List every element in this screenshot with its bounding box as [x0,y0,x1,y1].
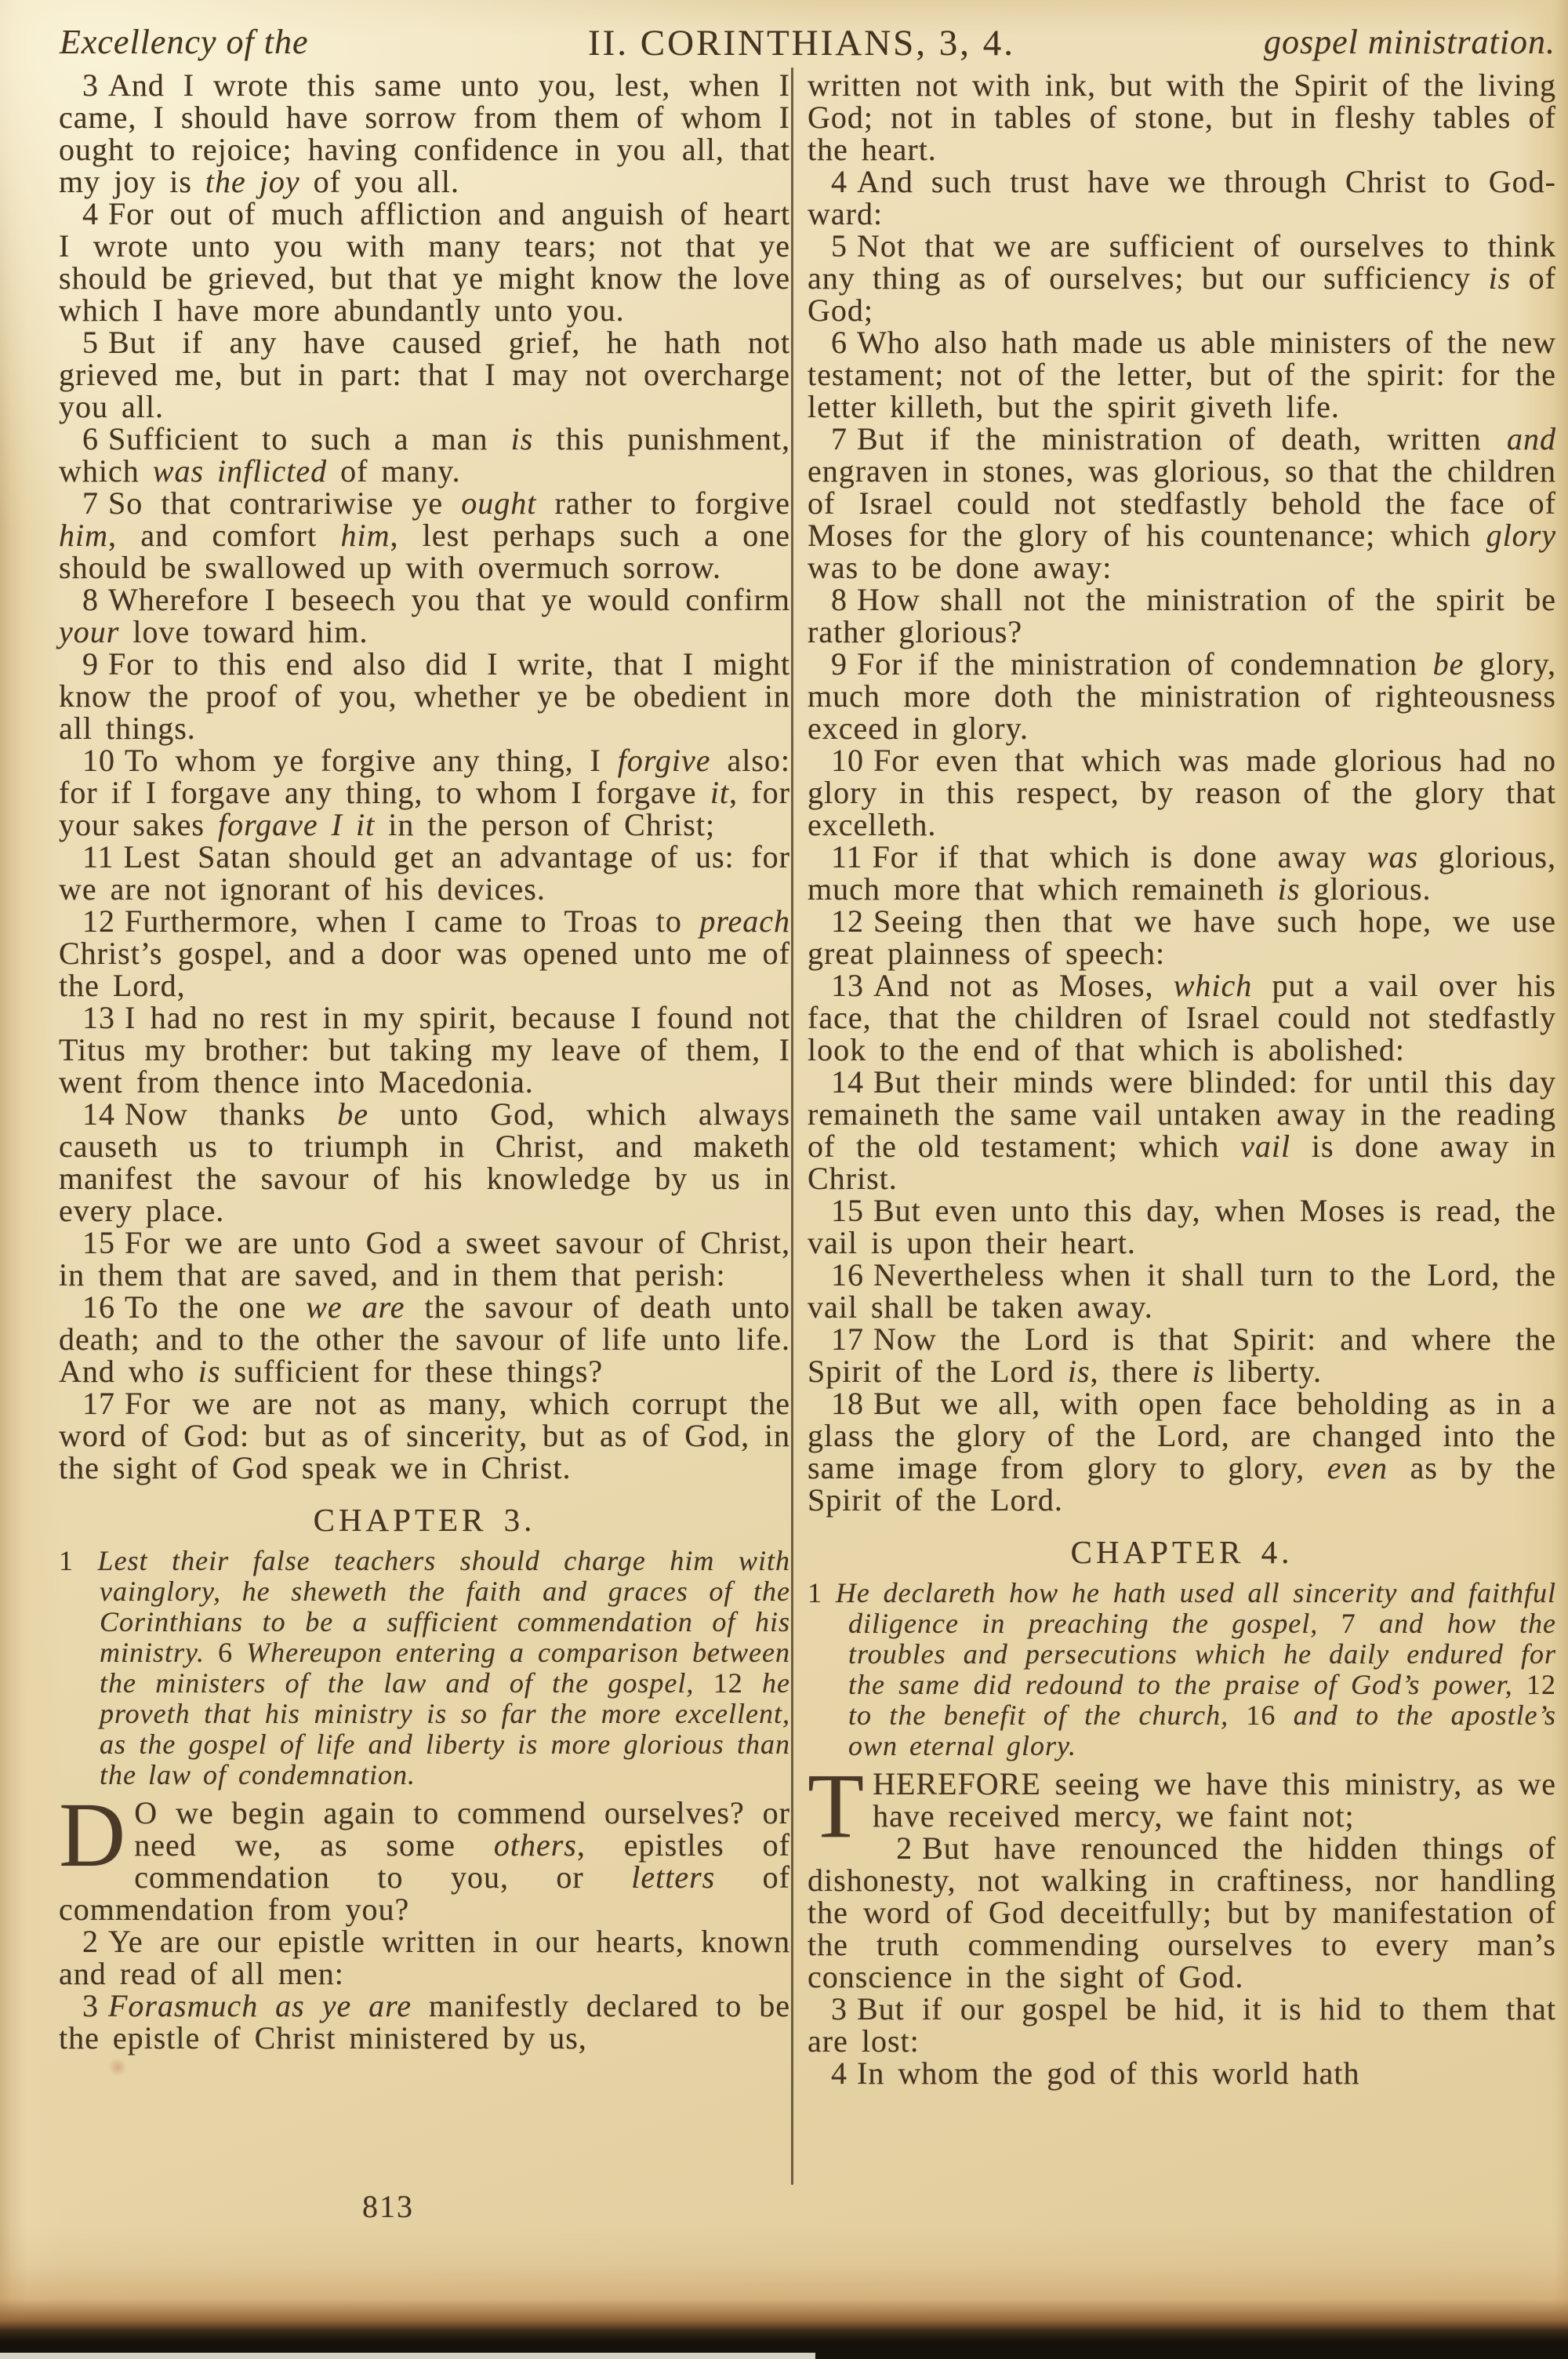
verse: 4In whom the god of this world hath [808,2057,1556,2089]
verse-number: 13 [82,1000,125,1035]
verse-number: 17 [831,1321,873,1357]
verse: DO we begin again to commend ourselves? … [59,1797,790,1925]
verse-number: 4 [831,2055,857,2091]
verse: 16To the one we are the savour of death … [59,1291,790,1387]
verse: 16Nevertheless when it shall turn to the… [808,1259,1556,1323]
verse: 14Now thanks be unto God, which always c… [59,1098,790,1227]
verse-number: 5 [82,325,108,360]
verse-number: 4 [831,164,857,199]
verse: 10For even that which was made glorious … [808,744,1556,841]
verse-number: 8 [831,582,857,617]
verse: 5But if any have caused grief, he hath n… [59,326,790,423]
page-number: 813 [59,2188,717,2225]
verse-number: 11 [831,839,873,874]
verse: 14But their minds were blinded: for unti… [808,1066,1556,1194]
verse: 8Wherefore I beseech you that ye would c… [59,583,790,648]
verse-number: 18 [831,1386,873,1421]
verse-number: 16 [831,1257,873,1292]
verse-number: 14 [831,1064,873,1100]
verse: 5Not that we are sufficient of ourselves… [808,230,1556,326]
verse: 10To whom ye forgive any thing, I forgiv… [59,744,790,841]
verse-number: 7 [82,485,108,521]
verse-number: 2 [896,1830,922,1866]
verse: THEREFORE seeing we have this ministry, … [808,1768,1556,1832]
verse-continuation: written not with ink, but with the Spiri… [808,69,1556,165]
drop-cap: T [808,1768,873,1840]
verse-number: 4 [82,196,108,231]
verse-number: 5 [831,228,857,264]
verse: 2Ye are our epistle written in our heart… [59,1925,790,1990]
verse-number: 10 [831,743,873,778]
left-column: 3And I wrote this same unto you, lest, w… [59,69,790,2054]
verse-number: 11 [82,839,124,874]
verse-number: 13 [831,968,873,1003]
chapter-heading: CHAPTER 3. [59,1504,790,1536]
verse-number: 17 [82,1386,125,1421]
verse-number: 3 [831,1991,857,2026]
verse-number: 6 [82,421,108,456]
verse-number: 14 [82,1096,125,1132]
verse-number: 9 [82,646,108,682]
verse-number: 12 [831,903,873,939]
verse: 3And I wrote this same unto you, lest, w… [59,69,790,198]
running-head-right: gospel ministration. [1264,22,1555,69]
verse-number: 3 [82,67,108,103]
verse: 6Who also hath made us able ministers of… [808,326,1556,423]
verse: 11Lest Satan should get an advantage of … [59,841,790,905]
verse: 9For if the ministration of condemnation… [808,648,1556,744]
verse: 15But even unto this day, when Moses is … [808,1194,1556,1259]
verse-number: 2 [82,1924,108,1959]
chapter-heading: CHAPTER 4. [808,1536,1556,1568]
verse-number: 10 [82,743,125,778]
verse-number: 16 [82,1289,125,1325]
chapter-summary: 1 He declareth how he hath used all sinc… [808,1578,1556,1761]
verse-number: 9 [831,646,857,682]
verse: 3But if our gospel be hid, it is hid to … [808,1993,1556,2057]
chapter-summary: 1 Lest their false teachers should charg… [59,1546,790,1790]
verse-number: 8 [82,582,108,617]
verse: 8How shall not the ministration of the s… [808,583,1556,648]
verse: 4For out of much affliction and anguish … [59,198,790,326]
verse-number: 12 [82,903,125,939]
drop-cap: D [59,1797,134,1869]
verse: 4And such trust have we through Christ t… [808,165,1556,230]
column-divider-rule [791,67,793,2185]
verse: 15For we are unto God a sweet savour of … [59,1227,790,1291]
verse: 12Furthermore, when I came to Troas to p… [59,905,790,1001]
verse: 17For we are not as many, which corrupt … [59,1387,790,1484]
verse: 18But we all, with open face beholding a… [808,1387,1556,1516]
verse: 13And not as Moses, which put a vail ove… [808,969,1556,1066]
verse: 17Now the Lord is that Spirit: and where… [808,1323,1556,1387]
verse: 2But have renounced the hidden things of… [808,1832,1556,1993]
verse: 13I had no rest in my spirit, because I … [59,1001,790,1098]
verse: 9For to this end also did I write, that … [59,648,790,744]
verse: 7But if the ministration of death, writt… [808,423,1556,583]
verse: 3Forasmuch as ye are manifestly declared… [59,1990,790,2054]
verse-number: 15 [82,1225,125,1260]
verse-number: 3 [82,1988,108,2023]
page-bottom-edge-shadow [0,2226,1568,2359]
verse: 6Sufficient to such a man is this punish… [59,423,790,487]
bible-page: Excellency of the II. CORINTHIANS, 3, 4.… [0,0,1568,2359]
book-edge-underlay [0,2353,815,2359]
verse: 11For if that which is done away was glo… [808,841,1556,905]
right-column: written not with ink, but with the Spiri… [808,69,1556,2089]
verse-number: 7 [831,421,857,456]
verse-number: 6 [831,325,857,360]
verse: 7So that contrariwise ye ought rather to… [59,487,790,583]
verse-number: 15 [831,1193,873,1228]
verse: 12Seeing then that we have such hope, we… [808,905,1556,969]
